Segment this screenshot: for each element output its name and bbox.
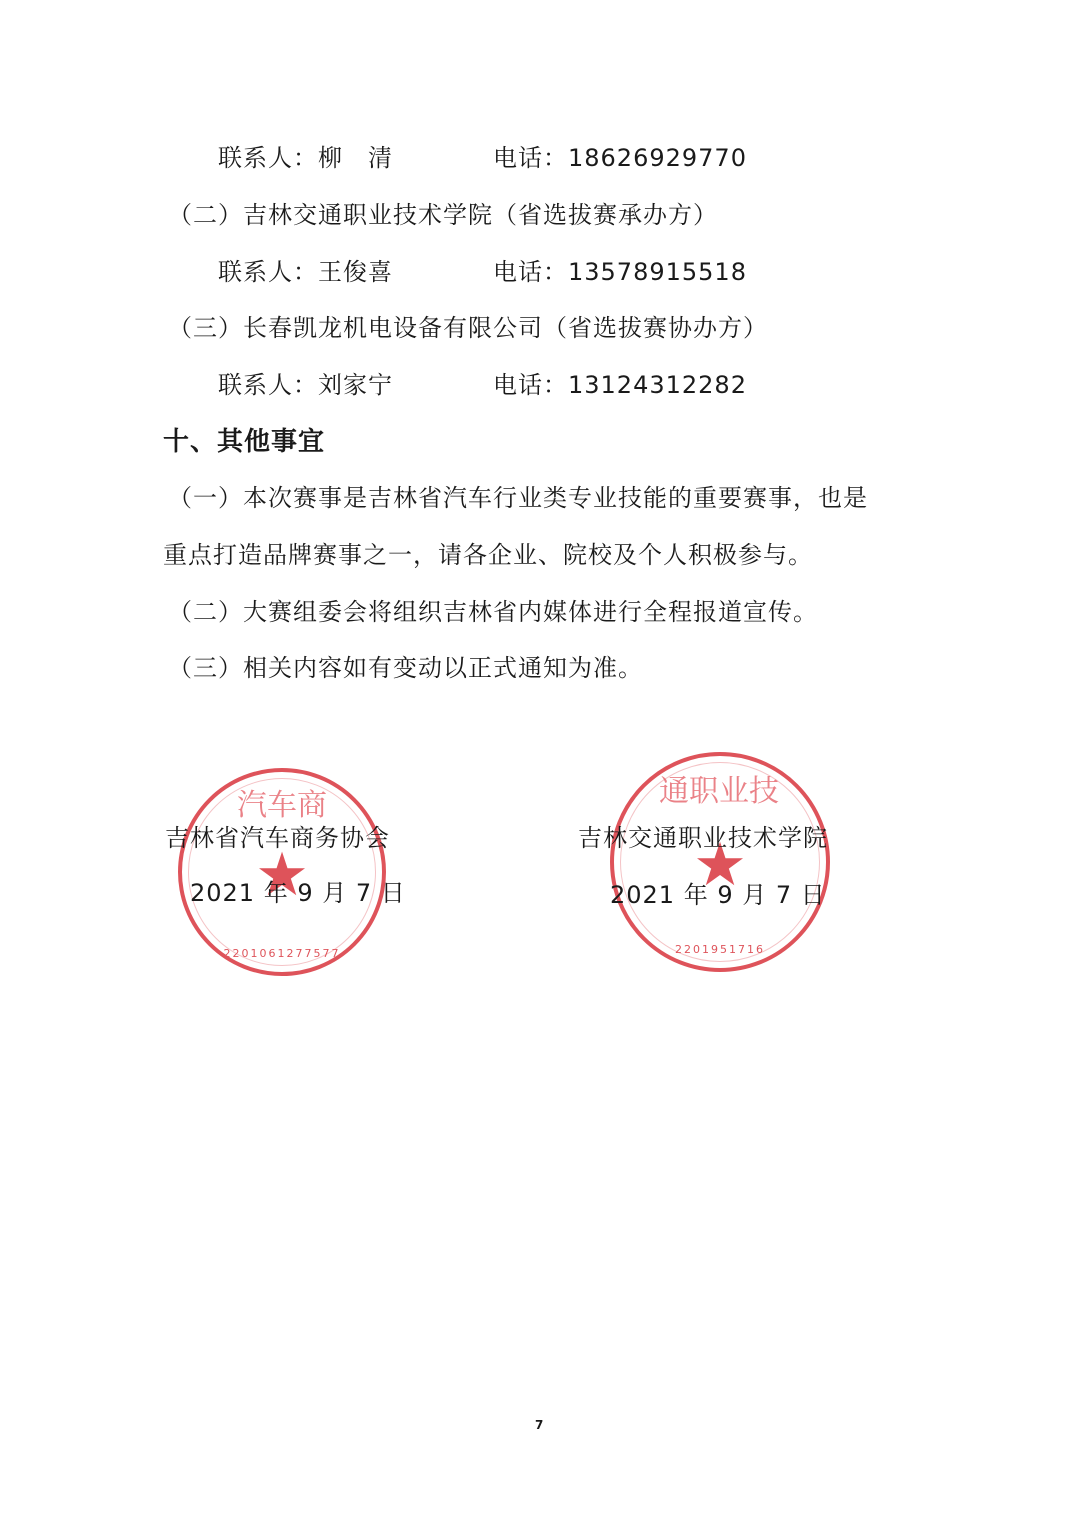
- signature-date-left: 2021 年 9 月 7 日: [190, 878, 406, 908]
- contact-3: 联系人：刘家宁 电话：13124312282: [218, 370, 393, 400]
- signature-org-left: 吉林省汽车商务协会: [165, 823, 390, 853]
- contact-name: 刘家宁: [318, 371, 393, 399]
- section-heading: 十、其他事宜: [163, 427, 325, 457]
- official-seal-left: 汽车商 ★ 2201061277577: [178, 768, 386, 976]
- org-3: （三）长春凯龙机电设备有限公司（省选拔赛协办方）: [168, 313, 768, 343]
- contact-name: 王俊喜: [318, 258, 393, 286]
- signature-date-right: 2021 年 9 月 7 日: [610, 880, 826, 910]
- contact-phone: 电话：13124312282: [493, 370, 747, 400]
- contact-label: 联系人：: [218, 258, 318, 286]
- paragraph-item-1a: （一）本次赛事是吉林省汽车行业类专业技能的重要赛事，也是: [168, 483, 868, 513]
- paragraph-item-1b: 重点打造品牌赛事之一，请各企业、院校及个人积极参与。: [163, 540, 813, 570]
- paragraph-item-3: （三）相关内容如有变动以正式通知为准。: [168, 653, 643, 683]
- contact-phone: 电话：13578915518: [493, 257, 747, 287]
- org-2: （二）吉林交通职业技术学院（省选拔赛承办方）: [168, 200, 718, 230]
- paragraph-item-2: （二）大赛组委会将组织吉林省内媒体进行全程报道宣传。: [168, 597, 818, 627]
- contact-2: 联系人：王俊喜 电话：13578915518: [218, 257, 393, 287]
- contact-1: 联系人：柳 清 电话：18626929770: [218, 143, 393, 173]
- official-seal-right: 通职业技 ★ 2201951716: [610, 752, 830, 972]
- contact-label: 联系人：: [218, 371, 318, 399]
- signature-org-right: 吉林交通职业技术学院: [578, 823, 828, 853]
- contact-phone: 电话：18626929770: [493, 143, 747, 173]
- contact-label: 联系人：: [218, 144, 318, 172]
- contact-name: 柳 清: [318, 144, 393, 172]
- page-number: 7: [535, 1418, 543, 1432]
